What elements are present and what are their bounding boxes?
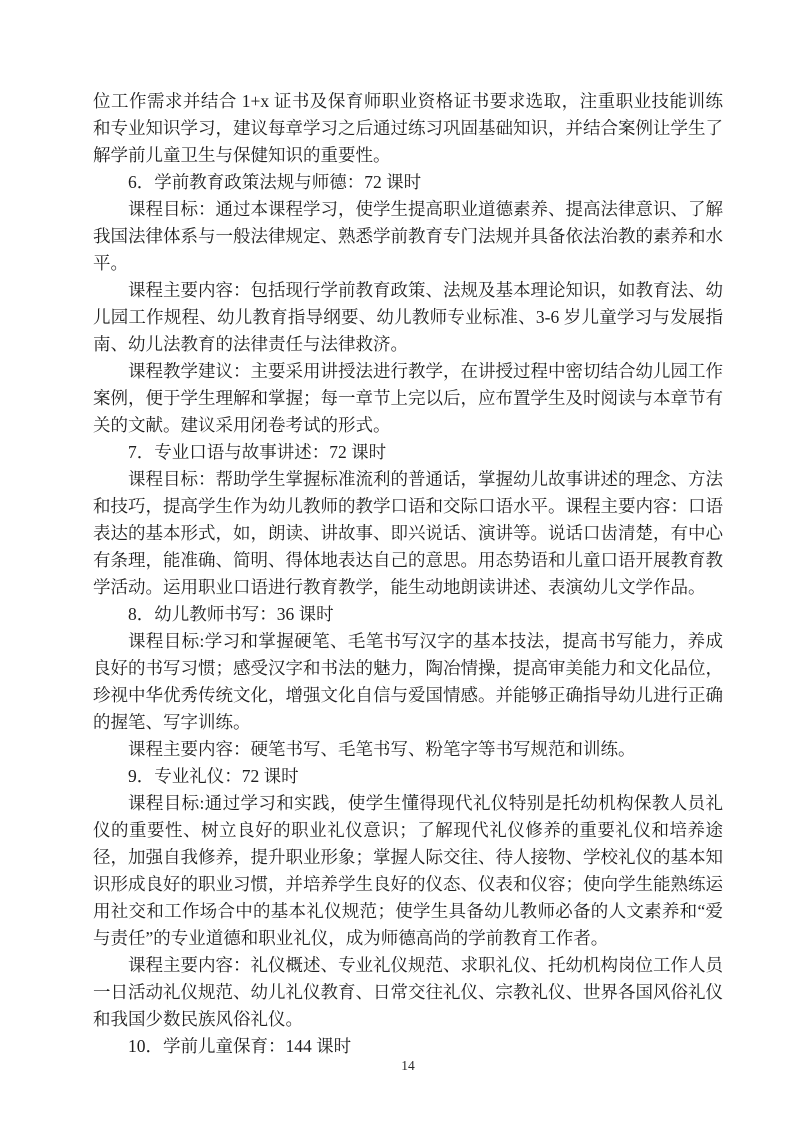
para-9-main-content: 课程主要内容：礼仪概述、专业礼仪规范、求职礼仪、托幼机构岗位工作人员一日活动礼仪… xyxy=(93,952,723,1033)
para-9-objective: 课程目标:通过学习和实践，使学生懂得现代礼仪特别是托幼机构保教人员礼仪的重要性、… xyxy=(93,790,723,952)
heading-course-6: 6．学前教育政策法规与师德：72 课时 xyxy=(93,169,723,196)
page-number: 14 xyxy=(401,1058,415,1073)
para-8-objective: 课程目标:学习和掌握硬笔、毛笔书写汉字的基本技法，提高书写能力，养成良好的书写习… xyxy=(93,628,723,736)
para-6-teaching-advice: 课程教学建议：主要采用讲授法进行教学，在讲授过程中密切结合幼儿园工作案例，便于学… xyxy=(93,358,723,439)
para-6-objective: 课程目标：通过本课程学习，使学生提高职业道德素养、提高法律意识、了解我国法律体系… xyxy=(93,196,723,277)
para-8-main-content: 课程主要内容：硬笔书写、毛笔书写、粉笔字等书写规范和训练。 xyxy=(93,736,723,763)
heading-course-10: 10．学前儿童保育：144 课时 xyxy=(93,1033,723,1060)
para-7-objective: 课程目标：帮助学生掌握标准流利的普通话，掌握幼儿故事讲述的理念、方法和技巧，提高… xyxy=(93,466,723,601)
page-footer: 14 xyxy=(93,1058,723,1074)
para-continuation: 位工作需求并结合 1+x 证书及保育师职业资格证书要求选取，注重职业技能训练和专… xyxy=(93,88,723,169)
heading-course-9: 9．专业礼仪：72 课时 xyxy=(93,763,723,790)
heading-course-7: 7．专业口语与故事讲述：72 课时 xyxy=(93,439,723,466)
para-6-main-content: 课程主要内容：包括现行学前教育政策、法规及基本理论知识，如教育法、幼儿园工作规程… xyxy=(93,277,723,358)
page-body: 位工作需求并结合 1+x 证书及保育师职业资格证书要求选取，注重职业技能训练和专… xyxy=(93,88,723,1060)
heading-course-8: 8．幼儿教师书写：36 课时 xyxy=(93,601,723,628)
document-page: 位工作需求并结合 1+x 证书及保育师职业资格证书要求选取，注重职业技能训练和专… xyxy=(0,0,800,1129)
